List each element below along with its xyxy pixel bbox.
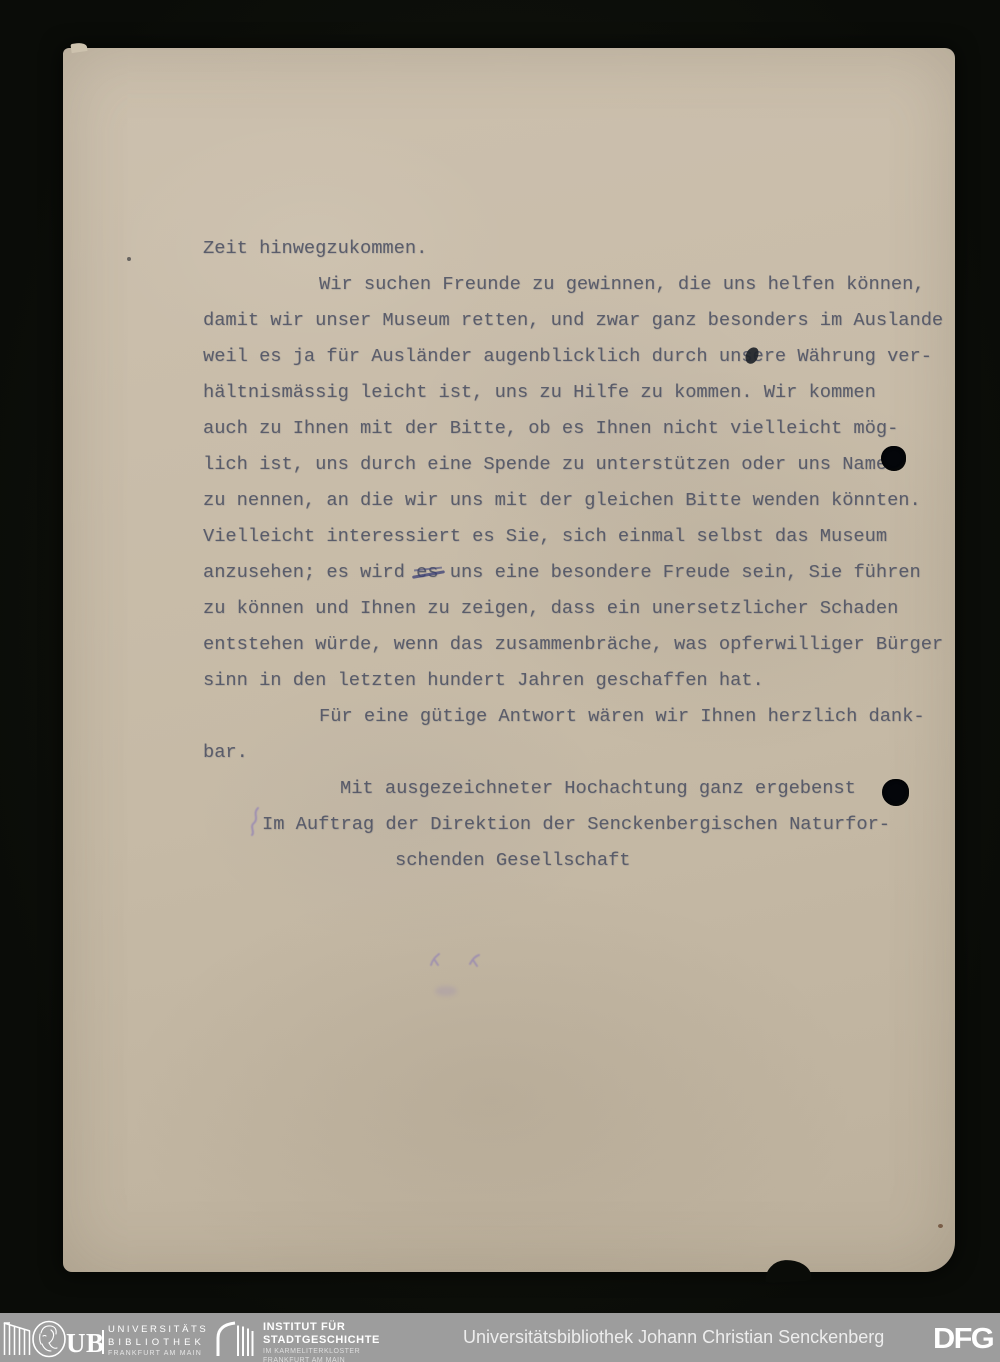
letter-line: bar. — [203, 734, 943, 770]
ub-logo-text: UNIVERSITÄTS BIBLIOTHEK FRANKFURT AM MAI… — [108, 1325, 208, 1357]
letter-page: Zeit hinwegzukommen.Wir suchen Freunde z… — [63, 48, 955, 1272]
scan-background: Zeit hinwegzukommen.Wir suchen Freunde z… — [0, 0, 1000, 1362]
letter-line: weil es ja für Ausländer augenblicklich … — [203, 338, 943, 374]
paper-stain — [938, 1224, 943, 1228]
ink-speck — [127, 257, 131, 261]
letter-line: Vielleicht interessiert es Sie, sich ein… — [203, 518, 943, 554]
ub-line-3: FRANKFURT AM MAIN — [108, 1350, 208, 1357]
letter-line: Wir suchen Freunde zu gewinnen, die uns … — [319, 266, 943, 302]
letter-line: zu können und Ihnen zu zeigen, dass ein … — [203, 590, 943, 626]
ifs-line-3: IM KARMELITERKLOSTER — [263, 1348, 380, 1355]
letter-line: sinn in den letzten hundert Jahren gesch… — [203, 662, 943, 698]
library-name: Universitätsbibliothek Johann Christian … — [463, 1327, 884, 1348]
pencil-tick-mark — [468, 952, 482, 968]
ub-logo-abbrev: UB — [66, 1330, 105, 1357]
letter-line: lich ist, uns durch eine Spende zu unter… — [203, 446, 943, 482]
gothic-window-icon — [214, 1319, 254, 1357]
letter-line-segment: uns eine besondere Freude sein, Sie führ… — [439, 561, 921, 583]
ub-line-2: BIBLIOTHEK — [108, 1338, 208, 1348]
ub-line-1: UNIVERSITÄTS — [108, 1325, 208, 1335]
letter-line: Zeit hinwegzukommen. — [203, 230, 943, 266]
pencil-tick-mark — [428, 952, 442, 968]
letter-line: Mit ausgezeichneter Hochachtung ganz erg… — [340, 770, 943, 806]
ifs-line-2: STADTGESCHICHTE — [263, 1335, 380, 1346]
letter-line: Im Auftrag der Direktion der Senckenberg… — [262, 806, 943, 842]
letter-line: anzusehen; es wird es uns eine besondere… — [203, 554, 943, 590]
letter-line: damit wir unser Museum retten, und zwar … — [203, 302, 943, 338]
letter-line: auch zu Ihnen mit der Bitte, ob es Ihnen… — [203, 410, 943, 446]
punch-hole-top — [881, 446, 906, 471]
ub-logo-divider — [102, 1330, 104, 1354]
ifs-line-4: FRANKFURT AM MAIN — [263, 1357, 380, 1362]
pencil-smudge — [435, 986, 457, 996]
ub-building-icon — [3, 1320, 31, 1356]
goethe-portrait-icon — [31, 1320, 67, 1358]
paper-edge-notch — [764, 1259, 811, 1283]
dfg-logo: DFG — [933, 1323, 993, 1356]
letter-line: Für eine gütige Antwort wären wir Ihnen … — [319, 698, 943, 734]
ifs-logo-text: INSTITUT FÜR STADTGESCHICHTE IM KARMELIT… — [263, 1322, 380, 1362]
paper-corner-tear — [70, 42, 87, 53]
punch-hole-bottom — [882, 779, 909, 806]
library-banner: UB UNIVERSITÄTS BIBLIOTHEK FRANKFURT AM … — [0, 1313, 1000, 1362]
letter-line: schenden Gesellschaft — [395, 842, 943, 878]
letter-line-segment: anzusehen; es wird — [203, 561, 416, 583]
struck-word: es — [416, 554, 438, 590]
pencil-squiggle-mark — [248, 806, 264, 836]
typewritten-text: Zeit hinwegzukommen.Wir suchen Freunde z… — [203, 230, 943, 878]
letter-line: hältnismässig leicht ist, uns zu Hilfe z… — [203, 374, 943, 410]
letter-line: zu nennen, an die wir uns mit der gleich… — [203, 482, 943, 518]
ifs-line-1: INSTITUT FÜR — [263, 1322, 380, 1333]
letter-line: entstehen würde, wenn das zusammenbräche… — [203, 626, 943, 662]
